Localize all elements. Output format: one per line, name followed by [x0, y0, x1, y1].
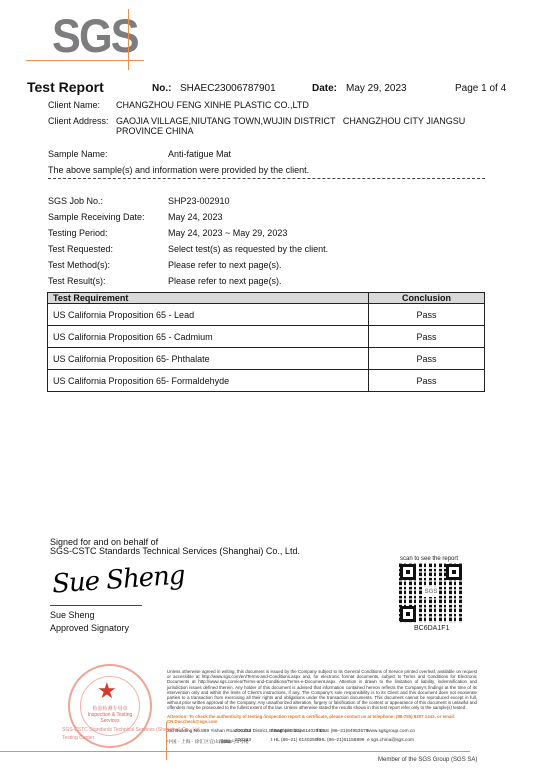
sgs-group-membership: Member of the SGS Group (SGS SA) — [378, 757, 477, 763]
test-conclusion: Pass — [369, 304, 485, 326]
tel-hl: t HL (86–21) 61402594 — [271, 738, 320, 743]
qr-caption: scan to see the report — [400, 556, 458, 562]
fax-ee: f E&E (86–21)64953679 — [317, 729, 368, 734]
column-header-conclusion: Conclusion — [369, 293, 485, 304]
tel-ee: t E&E (86–21) 61402553 — [271, 729, 324, 734]
postcode-en: 200233 — [235, 729, 251, 734]
job-field-label: SGS Job No.: — [48, 196, 103, 207]
signature-line — [50, 605, 142, 606]
job-field-label: Test Requested: — [48, 244, 113, 255]
postcode-cn: 200233 — [235, 738, 251, 743]
test-conclusion: Pass — [369, 326, 485, 348]
job-field-label: Sample Receiving Date: — [48, 212, 145, 223]
column-header-requirement: Test Requirement — [48, 293, 369, 304]
handwritten-signature: Sue Sheng — [51, 560, 185, 599]
table-row: US California Proposition 65 - LeadPass — [48, 304, 485, 326]
sgs-logo: SGS — [52, 10, 138, 62]
table-row: US California Proposition 65- Formaldehy… — [48, 370, 485, 392]
signatory-role: Approved Signatory — [50, 623, 129, 634]
qr-finder-icon — [446, 564, 462, 580]
seal-text-en: Inspection & Testing Services — [84, 712, 136, 724]
test-requirement: US California Proposition 65 - Lead — [48, 304, 369, 326]
table-row: US California Proposition 65 - CadmiumPa… — [48, 326, 485, 348]
qr-verification-code: BC6DA1F1 — [414, 625, 449, 632]
job-field-value: Please refer to next page(s). — [168, 276, 282, 287]
website-link[interactable]: www.sgsgroup.com.cn — [367, 729, 415, 734]
client-name-label: Client Name: — [48, 100, 100, 111]
test-requirement: US California Proposition 65- Formaldehy… — [48, 370, 369, 392]
client-name: CHANGZHOU FENG XINHE PLASTIC CO.,LTD — [116, 100, 309, 111]
star-icon: ★ — [97, 680, 117, 702]
qr-code[interactable]: SGS — [399, 563, 463, 623]
logo-horizontal-rule — [26, 60, 144, 61]
footer-rule — [0, 751, 470, 752]
authenticity-notice: Attention: To check the authenticity of … — [167, 714, 477, 724]
qr-finder-icon — [400, 564, 416, 580]
job-field-label: Test Result(s): — [48, 276, 106, 287]
postcode-cn-label: 邮编: — [221, 738, 232, 745]
job-field-value: May 24, 2023 ~ May 29, 2023 — [168, 228, 287, 239]
sample-name: Anti-fatigue Mat — [168, 149, 231, 160]
test-requirement: US California Proposition 65- Phthalate — [48, 348, 369, 370]
job-field-value: May 24, 2023 — [168, 212, 223, 223]
report-date-label: Date: — [312, 83, 337, 94]
fax-hl: f HL (86–21)61156899 — [317, 738, 364, 743]
report-number: SHAEC23006787901 — [180, 83, 276, 94]
page-number: Page 1 of 4 — [455, 83, 506, 94]
qr-sgs-label: SGS — [423, 587, 439, 597]
logo-vertical-rule — [128, 9, 129, 70]
signatory-name: Sue Sheng — [50, 610, 95, 621]
job-field-value: Please refer to next page(s). — [168, 260, 282, 271]
email-link[interactable]: e sgs.china@sgs.com — [367, 738, 414, 743]
job-field-value: SHP23-002910 — [168, 196, 230, 207]
job-field-label: Testing Period: — [48, 228, 108, 239]
report-title: Test Report — [27, 79, 104, 95]
report-number-label: No.: — [152, 83, 171, 94]
footer-vertical-rule — [166, 722, 167, 760]
test-conclusion: Pass — [369, 348, 485, 370]
job-field-value: Select test(s) as requested by the clien… — [168, 244, 328, 255]
test-requirement: US California Proposition 65 - Cadmium — [48, 326, 369, 348]
job-field-label: Test Method(s): — [48, 260, 110, 271]
client-address-line2: PROVINCE CHINA — [116, 126, 194, 137]
report-date: May 29, 2023 — [346, 83, 407, 94]
qr-finder-icon — [400, 606, 416, 622]
table-row: US California Proposition 65- PhthalateP… — [48, 348, 485, 370]
results-table: Test Requirement Conclusion US Californi… — [47, 292, 485, 392]
sample-note: The above sample(s) and information were… — [48, 165, 309, 176]
legal-disclaimer: Unless otherwise agreed in writing, this… — [167, 669, 477, 711]
dashed-divider — [48, 178, 485, 179]
test-conclusion: Pass — [369, 370, 485, 392]
signed-on-behalf-company: SGS-CSTC Standards Technical Services (S… — [50, 546, 300, 556]
client-address-label: Client Address: — [48, 116, 109, 127]
sample-name-label: Sample Name: — [48, 149, 108, 160]
seal-text: 检验检测专用章 Inspection & Testing Services — [84, 706, 136, 724]
table-header-row: Test Requirement Conclusion — [48, 293, 485, 304]
